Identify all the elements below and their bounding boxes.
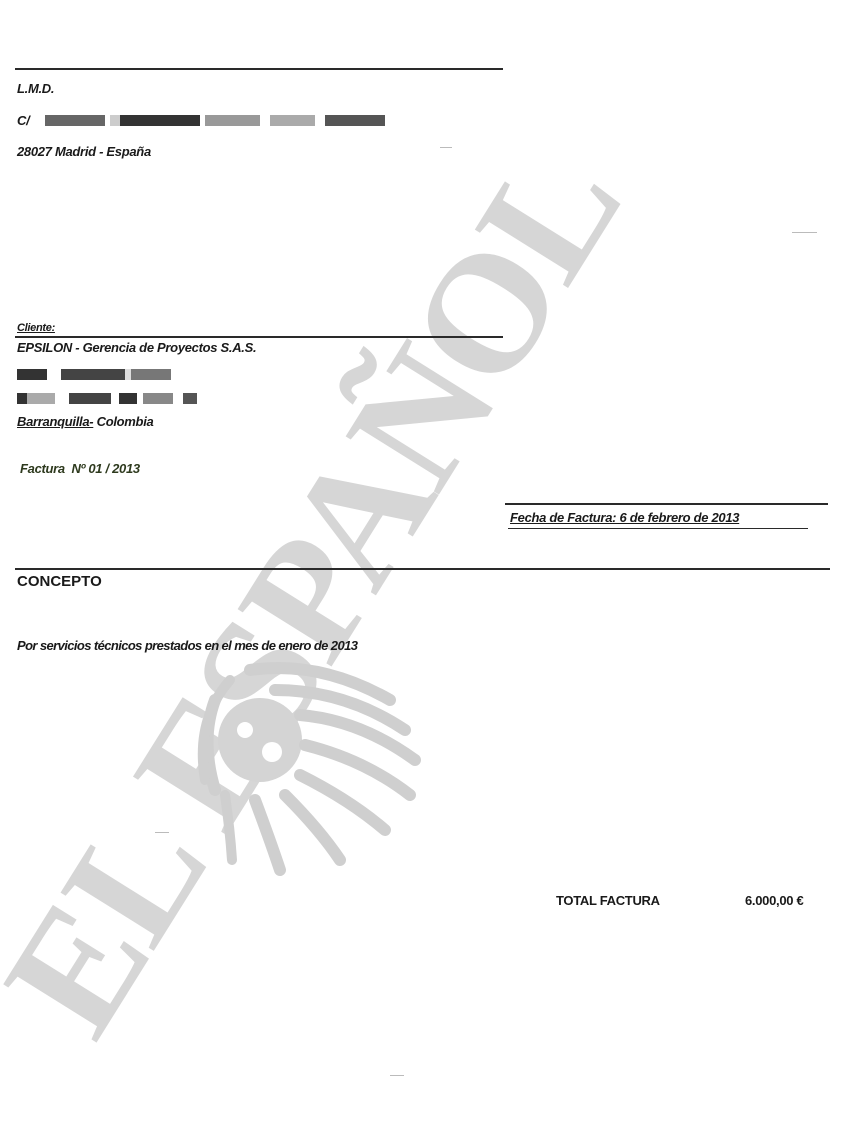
client-city-underlined: Barranquilla- [17, 414, 93, 429]
scan-speck [155, 832, 169, 833]
sender-street-prefix: C/ [17, 113, 29, 128]
date-top-rule [505, 503, 828, 505]
sender-city: 28027 Madrid - España [17, 144, 151, 159]
client-label: Cliente: [17, 322, 55, 334]
concept-heading: CONCEPTO [17, 573, 102, 590]
watermark-graphic: EL ESPAÑOL [0, 0, 855, 1140]
invoice-date: Fecha de Factura: 6 de febrero de 2013 [510, 510, 739, 525]
concept-rule [15, 568, 830, 570]
redacted-client-id [17, 369, 171, 380]
concept-description: Por servicios técnicos prestados en el m… [17, 638, 357, 653]
client-company: EPSILON - Gerencia de Proyectos S.A.S. [17, 340, 256, 355]
total-label: TOTAL FACTURA [556, 893, 660, 908]
sender-top-rule [15, 68, 503, 70]
redacted-street-address [45, 115, 385, 126]
scan-speck [440, 147, 452, 148]
total-amount: 6.000,00 € [745, 893, 803, 908]
date-bottom-rule [508, 528, 808, 529]
invoice-number: Factura Nº 01 / 2013 [20, 461, 140, 476]
client-country: Colombia [93, 414, 153, 429]
scan-speck [792, 232, 817, 233]
watermark-text: EL ESPAÑOL [0, 120, 655, 1065]
watermark: EL ESPAÑOL [0, 0, 855, 1140]
lion-logo-icon [203, 668, 415, 870]
client-rule [15, 336, 503, 338]
client-city: Barranquilla- Colombia [17, 414, 153, 429]
scan-speck [390, 1075, 404, 1076]
sender-name: L.M.D. [17, 81, 54, 96]
redacted-client-address [17, 393, 197, 404]
